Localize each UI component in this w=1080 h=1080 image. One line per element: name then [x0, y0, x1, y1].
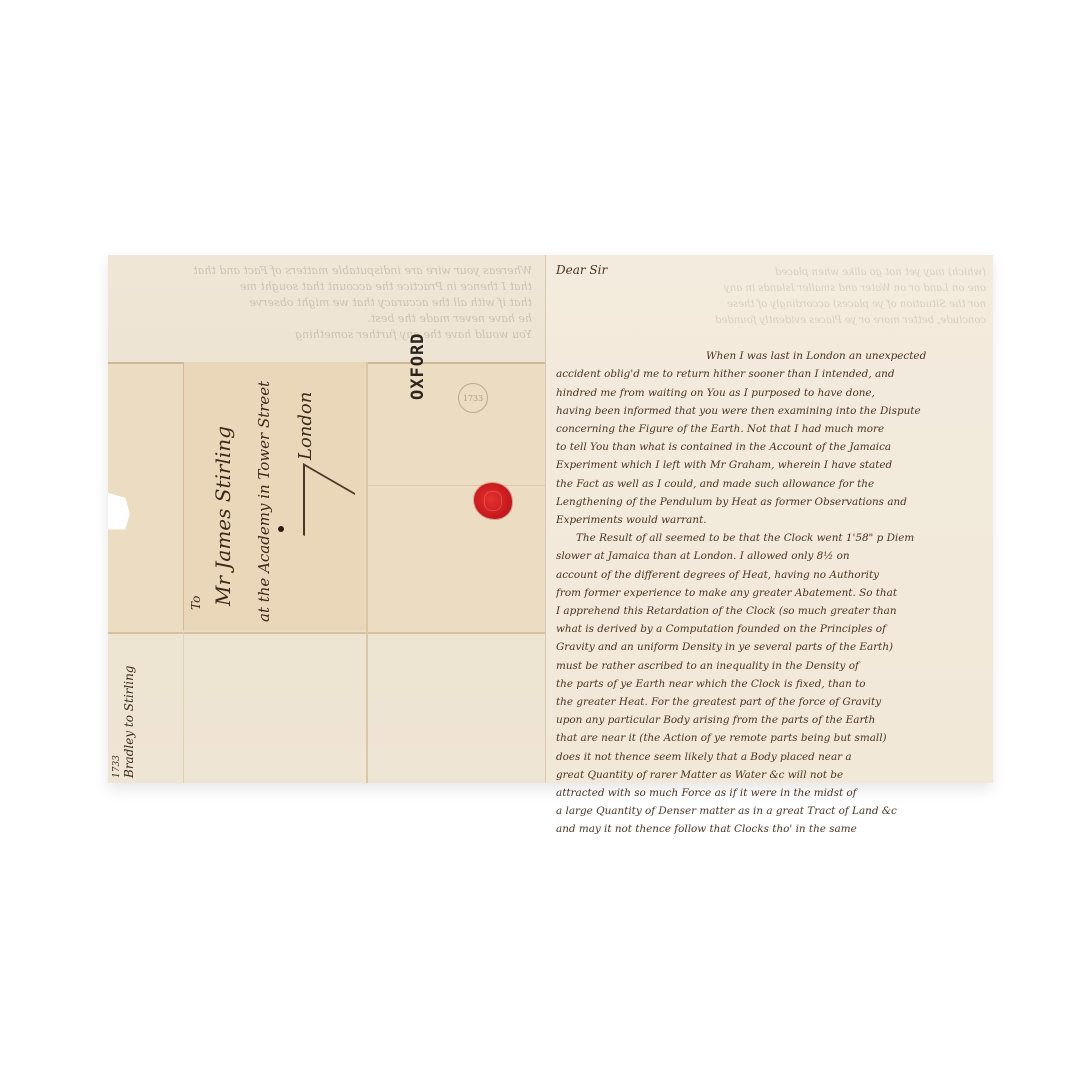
letter-line: and may it not thence follow that Clocks…	[556, 820, 986, 838]
letter-line: does it not thence seem likely that a Bo…	[556, 748, 986, 766]
letter-line: the parts of ye Earth near which the Clo…	[556, 675, 986, 693]
flourish-icon	[303, 463, 355, 565]
outer-address-side: Whereas your wire are indisputable matte…	[108, 255, 545, 783]
address-street: at the Academy in Tower Street	[255, 381, 273, 622]
oxford-postmark: OXFORD	[408, 333, 428, 400]
letter-line: The Result of all seemed to be that the …	[556, 529, 986, 547]
letter-line: Lengthening of the Pendulum by Heat as f…	[556, 493, 986, 511]
letter-line: I apprehend this Retardation of the Cloc…	[556, 602, 986, 620]
address-recipient: Mr James Stirling	[211, 426, 235, 606]
letter-line: a large Quantity of Denser matter as in …	[556, 802, 986, 820]
letter-line: what is derived by a Computation founded…	[556, 620, 986, 638]
wax-seal-icon	[474, 483, 512, 519]
letter-line: accident oblig'd me to return hither soo…	[556, 365, 986, 383]
letter-line: upon any particular Body arising from th…	[556, 711, 986, 729]
letter-line: to tell You than what is contained in th…	[556, 438, 986, 456]
faint-postmark-stamp: 1733	[458, 383, 488, 413]
letter-line: account of the different degrees of Heat…	[556, 566, 986, 584]
letter-line: Experiments would warrant.	[556, 511, 986, 529]
letter-line: the greater Heat. For the greatest part …	[556, 693, 986, 711]
letter-line: slower at Jamaica than at London. I allo…	[556, 547, 986, 565]
letter-line: attracted with so much Force as if it we…	[556, 784, 986, 802]
letter-body: Dear Sir When I was last in London an un…	[556, 261, 986, 839]
letter-line: concerning the Figure of the Earth. Not …	[556, 420, 986, 438]
letter-sheet: Whereas your wire are indisputable matte…	[108, 255, 992, 783]
address-to: To	[189, 596, 203, 610]
bleed-through-text: Whereas your wire are indisputable matte…	[122, 263, 532, 343]
letter-line: When I was last in London an unexpected	[556, 347, 986, 365]
letter-line: great Quantity of rarer Matter as Water …	[556, 766, 986, 784]
docket-year: 1733	[112, 658, 122, 778]
letter-line: hindred me from waiting on You as I purp…	[556, 384, 986, 402]
letter-line: having been informed that you were then …	[556, 402, 986, 420]
address-block: To Mr James Stirling at the Academy in T…	[183, 362, 366, 630]
letter-line: that are near it (the Action of ye remot…	[556, 729, 986, 747]
letter-page: (which) may yet not go alike when placed…	[545, 255, 993, 783]
docket-note: 1733 Bradley to Stirling	[112, 658, 142, 778]
fold-line	[366, 485, 545, 486]
docket-text: Bradley to Stirling	[122, 658, 136, 778]
letter-line: the Fact as well as I could, and made su…	[556, 475, 986, 493]
letter-line: Gravity and an uniform Density in ye sev…	[556, 638, 986, 656]
fold-line	[366, 362, 368, 783]
letter-line: from former experience to make any great…	[556, 584, 986, 602]
fold-line	[183, 630, 184, 783]
address-city: London	[295, 392, 316, 460]
letter-line: must be rather ascribed to an inequality…	[556, 657, 986, 675]
salutation: Dear Sir	[556, 261, 986, 279]
letter-line: Experiment which I left with Mr Graham, …	[556, 456, 986, 474]
